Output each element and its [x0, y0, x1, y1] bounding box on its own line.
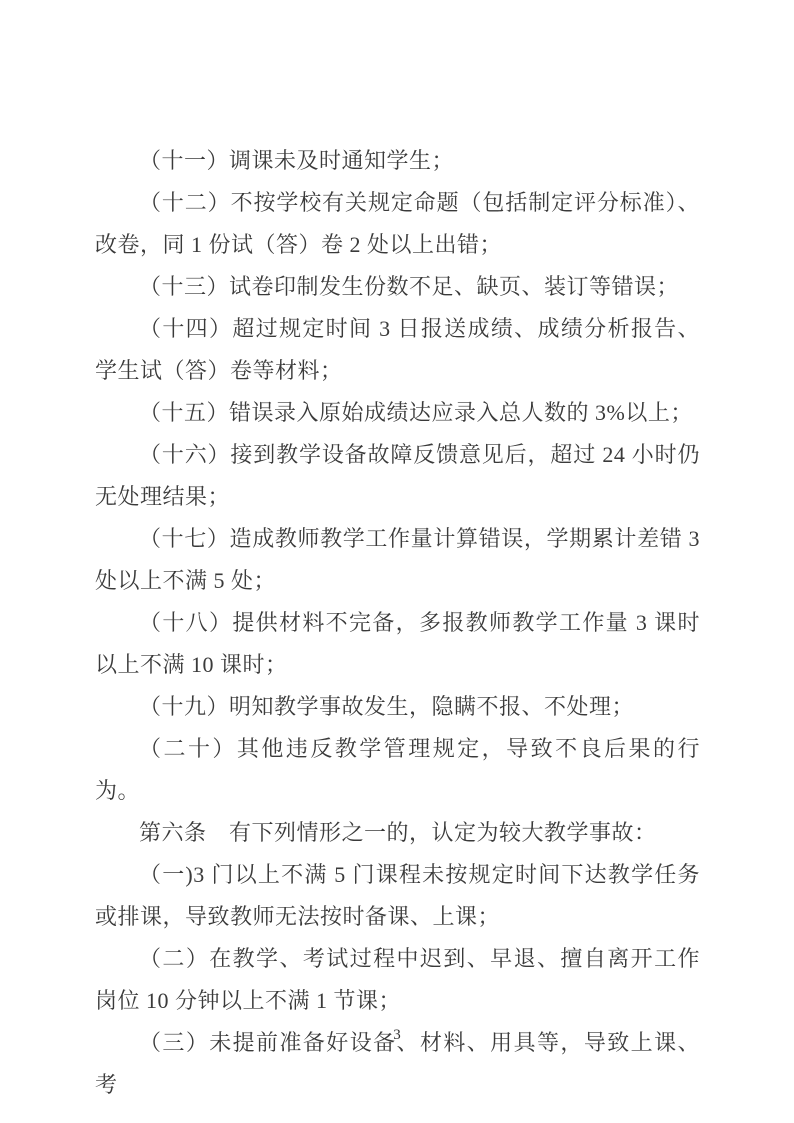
paragraph-item-18: （十八）提供材料不完备，多报教师教学工作量 3 课时以上不满 10 课时； — [95, 602, 700, 686]
paragraph-item-13: （十三）试卷印制发生份数不足、缺页、装订等错误； — [95, 266, 700, 308]
document-page: （十一）调课未及时通知学生； （十二）不按学校有关规定命题（包括制定评分标准）、… — [0, 0, 794, 1123]
paragraph-item-19: （十九）明知教学事故发生，隐瞒不报、不处理； — [95, 686, 700, 728]
document-body: （十一）调课未及时通知学生； （十二）不按学校有关规定命题（包括制定评分标准）、… — [95, 140, 700, 1106]
paragraph-item-12: （十二）不按学校有关规定命题（包括制定评分标准）、改卷，同 1 份试（答）卷 2… — [95, 182, 700, 266]
paragraph-item-11: （十一）调课未及时通知学生； — [95, 140, 700, 182]
page-footer: 3 — [0, 1026, 794, 1044]
paragraph-item-14: （十四）超过规定时间 3 日报送成绩、成绩分析报告、学生试（答）卷等材料； — [95, 308, 700, 392]
paragraph-item-17: （十七）造成教师教学工作量计算错误，学期累计差错 3 处以上不满 5 处； — [95, 518, 700, 602]
paragraph-item-1: （一)3 门以上不满 5 门课程未按规定时间下达教学任务或排课，导致教师无法按时… — [95, 854, 700, 938]
paragraph-item-16: （十六）接到教学设备故障反馈意见后，超过 24 小时仍无处理结果； — [95, 434, 700, 518]
paragraph-item-20: （二十）其他违反教学管理规定，导致不良后果的行为。 — [95, 728, 700, 812]
paragraph-article-6-heading: 第六条 有下列情形之一的，认定为较大教学事故： — [95, 812, 700, 854]
page-number: 3 — [393, 1027, 401, 1043]
paragraph-item-2: （二）在教学、考试过程中迟到、早退、擅自离开工作岗位 10 分钟以上不满 1 节… — [95, 938, 700, 1022]
paragraph-item-15: （十五）错误录入原始成绩达应录入总人数的 3%以上； — [95, 392, 700, 434]
